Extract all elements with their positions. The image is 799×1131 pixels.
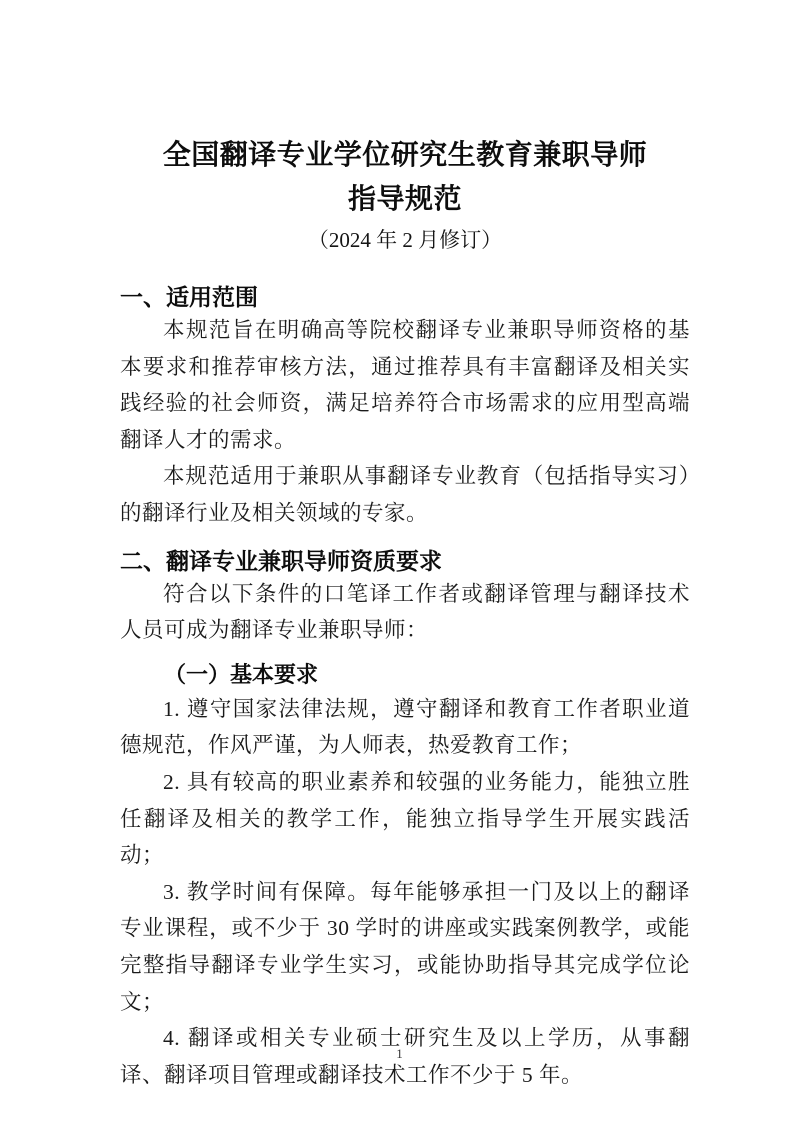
document-subtitle: （2024 年 2 月修订） — [120, 226, 690, 254]
page-number: 1 — [0, 1046, 799, 1062]
document-title: 全国翻译专业学位研究生教育兼职导师 指导规范 — [120, 134, 690, 222]
requirement-item-2: 2. 具有较高的职业素养和较强的业务能力，能独立胜任翻译及相关的教学工作，能独立… — [120, 764, 690, 874]
document-title-line2: 指导规范 — [348, 184, 462, 215]
section-1-paragraph-2: 本规范适用于兼职从事翻译专业教育（包括指导实习）的翻译行业及相关领域的专家。 — [120, 458, 690, 531]
document-title-line1: 全国翻译专业学位研究生教育兼职导师 — [163, 140, 648, 171]
section-1-paragraph-1: 本规范旨在明确高等院校翻译专业兼职导师资格的基本要求和推荐审核方法，通过推荐具有… — [120, 312, 690, 458]
section-1-heading: 一、适用范围 — [120, 282, 690, 312]
section-2-paragraph-1: 符合以下条件的口笔译工作者或翻译管理与翻译技术人员可成为翻译专业兼职导师： — [120, 576, 690, 649]
requirement-item-1: 1. 遵守国家法律法规，遵守翻译和教育工作者职业道德规范，作风严谨，为人师表，热… — [120, 691, 690, 764]
section-2-heading: 二、翻译专业兼职导师资质要求 — [120, 546, 690, 576]
requirement-item-3: 3. 教学时间有保障。每年能够承担一门及以上的翻译专业课程，或不少于 30 学时… — [120, 874, 690, 1020]
document-page: 全国翻译专业学位研究生教育兼职导师 指导规范 （2024 年 2 月修订） 一、… — [0, 0, 799, 1131]
section-2-subheading: （一）基本要求 — [120, 659, 690, 691]
